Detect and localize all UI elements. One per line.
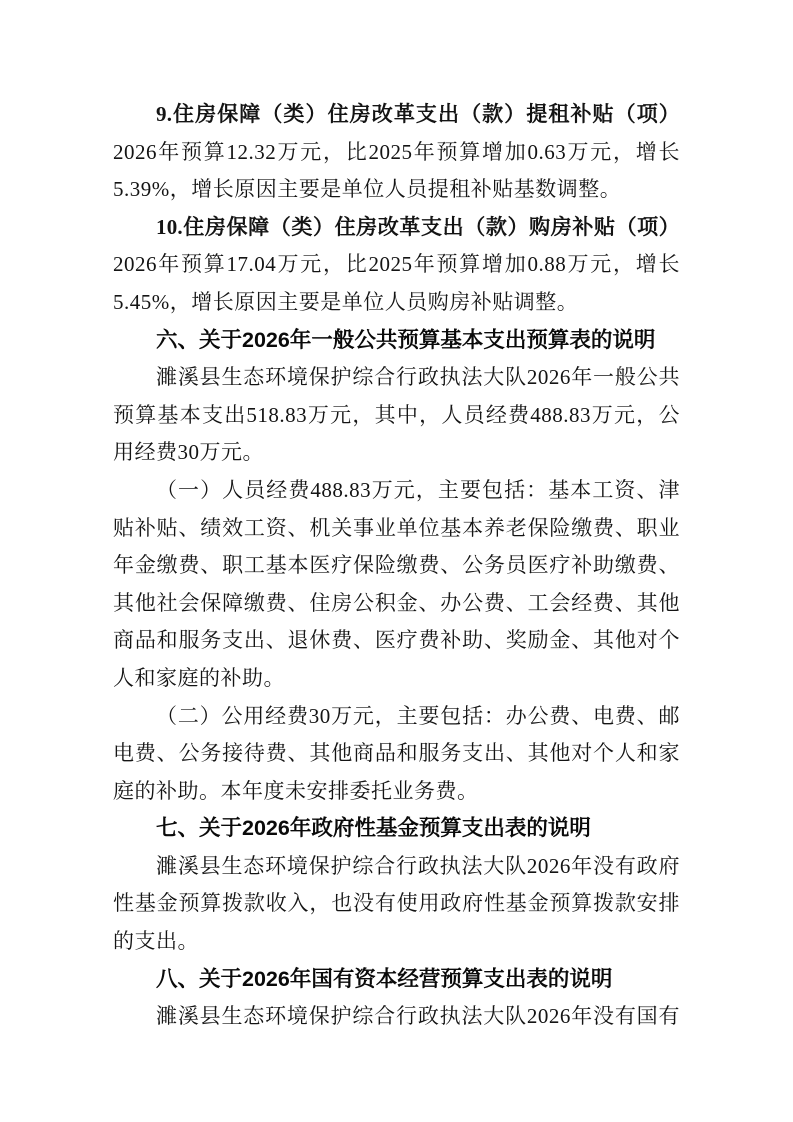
text-line: 濉溪县生态环境保护综合行政执法大队2026年一般公共	[113, 359, 680, 397]
text-line: 预算基本支出518.83万元，其中，人员经费488.83万元，公	[113, 397, 680, 435]
text-line: （二）公用经费30万元，主要包括：办公费、电费、邮	[113, 698, 680, 736]
text-line: 商品和服务支出、退休费、医疗费补助、奖励金、其他对个	[113, 622, 680, 660]
text-line: 用经费30万元。	[113, 434, 680, 472]
text-line: 2026年预算17.04万元，比2025年预算增加0.88万元，增长	[113, 246, 680, 284]
text-line: 年金缴费、职工基本医疗保险缴费、公务员医疗补助缴费、	[113, 547, 680, 585]
document-page: 9.住房保障（类）住房改革支出（款）提租补贴（项）2026年预算12.32万元，…	[0, 0, 793, 1122]
heading-line: 六、关于2026年一般公共预算基本支出预算表的说明	[113, 322, 680, 360]
text-line: 贴补贴、绩效工资、机关事业单位基本养老保险缴费、职业	[113, 510, 680, 548]
heading-line: 10.住房保障（类）住房改革支出（款）购房补贴（项）	[113, 209, 680, 247]
text-line: 濉溪县生态环境保护综合行政执法大队2026年没有国有	[113, 998, 680, 1036]
text-line: 濉溪县生态环境保护综合行政执法大队2026年没有政府	[113, 848, 680, 886]
text-line: 电费、公务接待费、其他商品和服务支出、其他对个人和家	[113, 735, 680, 773]
text-line: 5.45%，增长原因主要是单位人员购房补贴调整。	[113, 284, 680, 322]
text-line: 人和家庭的补助。	[113, 660, 680, 698]
text-line: 5.39%，增长原因主要是单位人员提租补贴基数调整。	[113, 171, 680, 209]
text-block: 9.住房保障（类）住房改革支出（款）提租补贴（项）2026年预算12.32万元，…	[113, 96, 680, 1036]
text-line: 的支出。	[113, 923, 680, 961]
text-line: 性基金预算拨款收入，也没有使用政府性基金预算拨款安排	[113, 885, 680, 923]
heading-line: 七、关于2026年政府性基金预算支出表的说明	[113, 810, 680, 848]
heading-line: 八、关于2026年国有资本经营预算支出表的说明	[113, 961, 680, 999]
text-line: 2026年预算12.32万元，比2025年预算增加0.63万元，增长	[113, 134, 680, 172]
text-line: 庭的补助。本年度未安排委托业务费。	[113, 773, 680, 811]
text-line: 其他社会保障缴费、住房公积金、办公费、工会经费、其他	[113, 585, 680, 623]
text-line: （一）人员经费488.83万元，主要包括：基本工资、津	[113, 472, 680, 510]
heading-line: 9.住房保障（类）住房改革支出（款）提租补贴（项）	[113, 96, 680, 134]
